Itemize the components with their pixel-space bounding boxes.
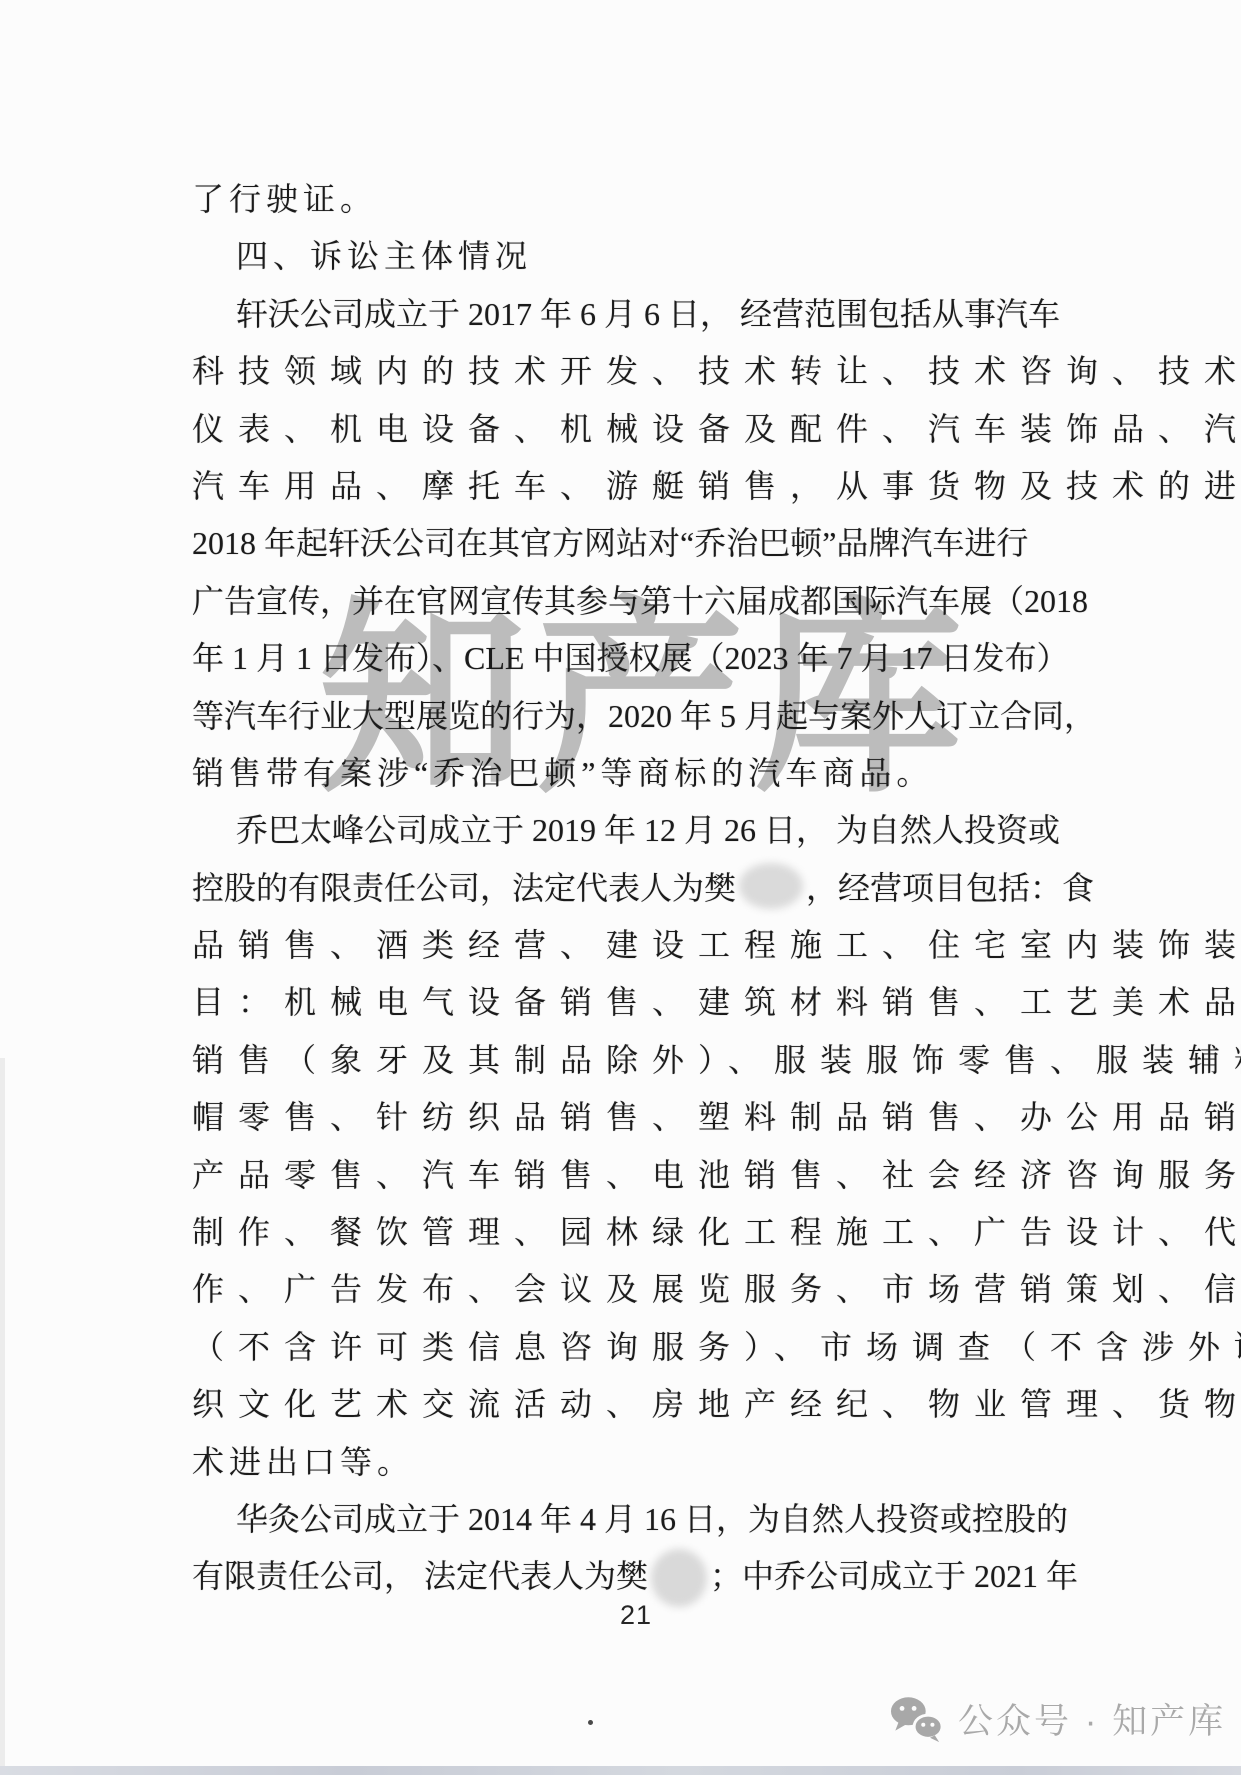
line-text: 销售带有案涉“乔治巴顿”等商标的汽车商品。	[192, 755, 933, 791]
text-line-1: 了行驶证。	[192, 171, 1030, 228]
text-line-13: 控股的有限责任公司，法定代表人为樊，经营项目包括：食	[192, 860, 1030, 917]
line-text: 四、诉讼主体情况	[236, 238, 532, 274]
line-text: （不含许可类信息咨询服务）、市场调查（不含涉外调查）、组	[192, 1329, 1241, 1365]
line-text: 2018 年起轩沃公司在其官方网站对“乔治巴顿”品牌汽车进行	[192, 525, 1028, 561]
line-text: 品销售、酒类经营、建设工程施工、住宅室内装饰装修。一般项	[192, 927, 1241, 963]
text-line-20: 作、广告发布、会议及展览服务、市场营销策划、信息咨询服务	[192, 1261, 1030, 1318]
redaction-blur	[651, 1549, 707, 1607]
line-text: 销售（象牙及其制品除外）、服装服饰零售、服装辅料销售、鞋	[192, 1042, 1241, 1078]
scan-edge-bottom-artifact	[0, 1766, 1241, 1775]
line-text: 华灸公司成立于 2014 年 4 月 16 日，为自然人投资或控股的	[236, 1501, 1068, 1537]
text-line-4: 科技领域内的技术开发、技术转让、技术咨询、技术服务，仪器	[192, 343, 1030, 400]
text-line-12: 乔巴太峰公司成立于 2019 年 12 月 26 日， 为自然人投资或	[192, 802, 1030, 859]
line-text: 术进出口等。	[192, 1444, 414, 1480]
text-line-8: 广告宣传，并在官网宣传其参与第十六届成都国际汽车展（2018	[192, 573, 1030, 630]
text-line-15: 目：机械电气设备销售、建筑材料销售、工艺美术品及礼仪用品	[192, 974, 1030, 1031]
line-text: 广告宣传，并在官网宣传其参与第十六届成都国际汽车展（2018	[192, 583, 1088, 619]
text-line-21: （不含许可类信息咨询服务）、市场调查（不含涉外调查）、组	[192, 1319, 1030, 1376]
line-text: 汽车用品、摩托车、游艇销售，从事货物及技术的进出口业务等。	[192, 468, 1241, 504]
text-line-19: 制作、餐饮管理、园林绿化工程施工、广告设计、代理、广告制	[192, 1204, 1030, 1261]
text-line-6: 汽车用品、摩托车、游艇销售，从事货物及技术的进出口业务等。	[192, 458, 1030, 515]
page-number: 21	[596, 1600, 676, 1631]
text-line-25: 有限责任公司， 法定代表人为樊；中乔公司成立于 2021 年	[192, 1548, 1030, 1605]
text-line-18: 产品零售、汽车销售、电池销售、社会经济咨询服务、图文设计	[192, 1147, 1030, 1204]
line-text: 目：机械电气设备销售、建筑材料销售、工艺美术品及礼仪用品	[192, 984, 1241, 1020]
line-text: 年 1 月 1 日发布）、CLE 中国授权展（2023 年 7 月 17 日发布…	[192, 640, 1068, 676]
line-text: 仪表、机电设备、机械设备及配件、汽车装饰品、汽车及配件、	[192, 411, 1241, 447]
line-text: 乔巴太峰公司成立于 2019 年 12 月 26 日， 为自然人投资或	[236, 812, 1060, 848]
document-body: 了行驶证。四、诉讼主体情况轩沃公司成立于 2017 年 6 月 6 日， 经营范…	[192, 171, 1030, 1606]
text-line-9: 年 1 月 1 日发布）、CLE 中国授权展（2023 年 7 月 17 日发布…	[192, 630, 1030, 687]
line-text: ；中乔公司成立于 2021 年	[710, 1558, 1078, 1594]
line-text: 轩沃公司成立于 2017 年 6 月 6 日， 经营范围包括从事汽车	[236, 296, 1060, 332]
line-text: 等汽车行业大型展览的行为，2020 年 5 月起与案外人订立合同，	[192, 698, 1096, 734]
line-text: 织文化艺术交流活动、房地产经纪、物业管理、货物进出口、技	[192, 1386, 1241, 1422]
line-text: 作、广告发布、会议及展览服务、市场营销策划、信息咨询服务	[192, 1271, 1241, 1307]
text-line-3: 轩沃公司成立于 2017 年 6 月 6 日， 经营范围包括从事汽车	[192, 286, 1030, 343]
text-line-22: 织文化艺术交流活动、房地产经纪、物业管理、货物进出口、技	[192, 1376, 1030, 1433]
scanned-court-document-page: 知产库 了行驶证。四、诉讼主体情况轩沃公司成立于 2017 年 6 月 6 日，…	[0, 0, 1241, 1775]
wechat-icon	[890, 1695, 944, 1743]
stray-ink-dot	[588, 1720, 593, 1725]
redaction-blur	[739, 863, 803, 909]
line-text: ，经营项目包括：食	[806, 870, 1094, 906]
line-text: 帽零售、针纺织品销售、塑料制品销售、办公用品销售、食用农	[192, 1099, 1241, 1135]
text-line-2: 四、诉讼主体情况	[192, 228, 1030, 285]
text-line-5: 仪表、机电设备、机械设备及配件、汽车装饰品、汽车及配件、	[192, 401, 1030, 458]
text-line-24: 华灸公司成立于 2014 年 4 月 16 日，为自然人投资或控股的	[192, 1491, 1030, 1548]
line-text: 控股的有限责任公司，法定代表人为樊	[192, 870, 736, 906]
text-line-16: 销售（象牙及其制品除外）、服装服饰零售、服装辅料销售、鞋	[192, 1032, 1030, 1089]
text-line-23: 术进出口等。	[192, 1434, 1030, 1491]
text-line-10: 等汽车行业大型展览的行为，2020 年 5 月起与案外人订立合同，	[192, 688, 1030, 745]
scan-edge-left-artifact	[0, 1058, 5, 1775]
text-line-14: 品销售、酒类经营、建设工程施工、住宅室内装饰装修。一般项	[192, 917, 1030, 974]
text-line-17: 帽零售、针纺织品销售、塑料制品销售、办公用品销售、食用农	[192, 1089, 1030, 1146]
footer-brand-label: 公众号 · 知产库	[958, 1694, 1226, 1744]
line-text: 科技领域内的技术开发、技术转让、技术咨询、技术服务，仪器	[192, 353, 1241, 389]
line-text: 制作、餐饮管理、园林绿化工程施工、广告设计、代理、广告制	[192, 1214, 1241, 1250]
line-text: 产品零售、汽车销售、电池销售、社会经济咨询服务、图文设计	[192, 1157, 1241, 1193]
text-line-7: 2018 年起轩沃公司在其官方网站对“乔治巴顿”品牌汽车进行	[192, 515, 1030, 572]
line-text: 了行驶证。	[192, 181, 377, 217]
line-text: 有限责任公司， 法定代表人为樊	[192, 1558, 648, 1594]
footer-brand: 公众号 · 知产库	[890, 1694, 1226, 1744]
text-line-11: 销售带有案涉“乔治巴顿”等商标的汽车商品。	[192, 745, 1030, 802]
